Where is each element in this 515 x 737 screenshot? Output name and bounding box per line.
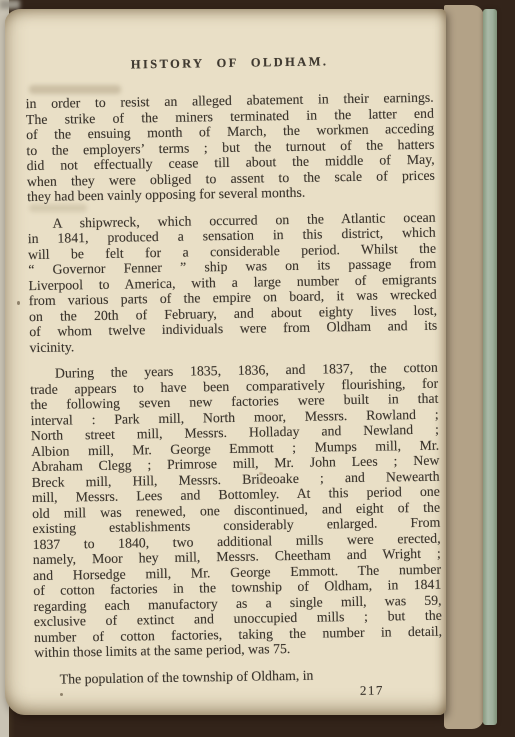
page-number: 217 bbox=[360, 682, 404, 699]
scanned-page: HISTORY OF OLDHAM. in order to resist an… bbox=[5, 9, 446, 715]
running-head: HISTORY OF OLDHAM. bbox=[9, 52, 446, 74]
book-page-scan: HISTORY OF OLDHAM. in order to resist an… bbox=[0, 0, 515, 737]
endpaper-strip bbox=[483, 9, 497, 725]
scanner-glare bbox=[0, 0, 20, 9]
page-edge-stack bbox=[444, 5, 484, 729]
paragraph-shipwreck: A shipwreck, which occurred on the Atlan… bbox=[27, 209, 437, 355]
paragraph-cotton-trade: During the years 1835, 1836, and 1837, t… bbox=[30, 360, 443, 661]
printed-text-layer: HISTORY OF OLDHAM. in order to resist an… bbox=[5, 9, 446, 715]
body-text: in order to resist an alleged abatement … bbox=[26, 90, 443, 687]
paragraph-strikes: in order to resist an alleged abatement … bbox=[26, 90, 436, 205]
